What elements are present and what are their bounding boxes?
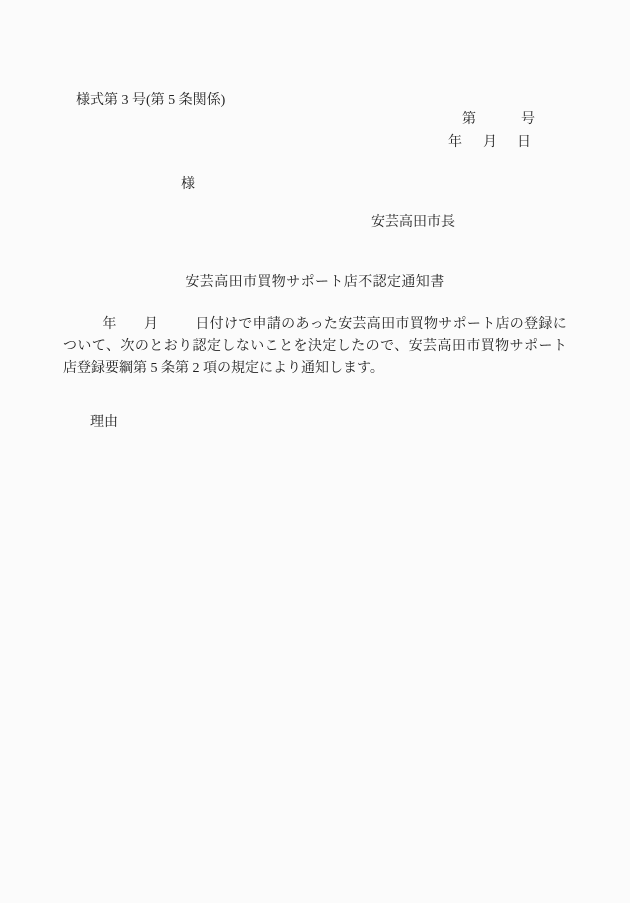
- body-day-blank-field: [158, 318, 195, 332]
- document-number-line: 第 号: [462, 113, 535, 127]
- form-number-label: 様式第 3 号(第 5 条関係): [76, 94, 225, 108]
- doc-number-blank-field: [476, 113, 521, 127]
- body-line-1-text: 日付けで申請のあった安芸高田市買物サポート店の登録に: [195, 318, 567, 332]
- paragraph-indent: [63, 318, 102, 332]
- date-line: 年 月 日: [448, 136, 531, 150]
- date-year-label: 年: [448, 136, 462, 150]
- body-paragraph-line-1: 年 月 日付けで申請のあった安芸高田市買物サポート店の登録に: [63, 318, 567, 332]
- doc-number-prefix-label: 第: [462, 113, 476, 127]
- sender-name: 安芸高田市長: [371, 216, 455, 230]
- document-title: 安芸高田市買物サポート店不認定通知書: [0, 276, 630, 290]
- body-paragraph-line-3: 店登録要綱第 5 条第 2 項の規定により通知します。: [63, 362, 567, 376]
- date-month-blank-field: [462, 136, 483, 150]
- body-month-label: 月: [144, 318, 158, 332]
- document-page: 様式第 3 号(第 5 条関係) 第 号 年 月 日 様 安芸高田市長 安芸高田…: [0, 0, 630, 903]
- date-month-label: 月: [483, 136, 497, 150]
- addressee-honorific-label: 様: [181, 178, 195, 192]
- date-day-blank-field: [497, 136, 517, 150]
- body-paragraph-line-2: ついて、次のとおり認定しないことを決定したので、安芸高田市買物サポート: [63, 340, 567, 354]
- body-year-label: 年: [102, 318, 116, 332]
- body-month-blank-field: [116, 318, 144, 332]
- doc-number-suffix-label: 号: [521, 113, 535, 127]
- date-day-label: 日: [517, 136, 531, 150]
- reason-label: 理由: [90, 416, 118, 430]
- sender-line: 安芸高田市長: [0, 216, 630, 258]
